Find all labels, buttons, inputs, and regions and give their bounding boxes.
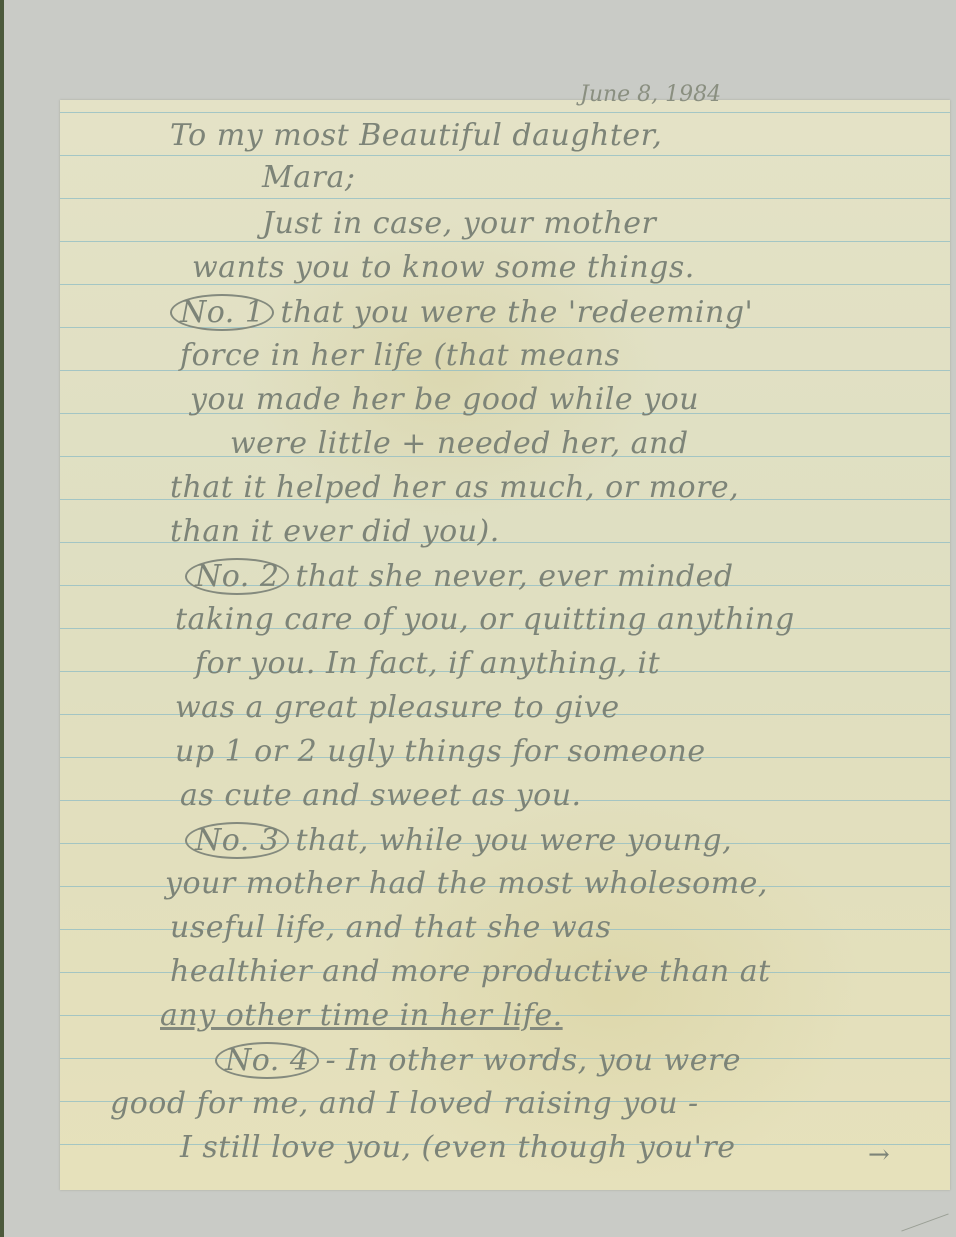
letter-line: you made her be good while you (190, 382, 699, 417)
letter-line: that she never, ever minded (295, 559, 733, 594)
ruled-line (60, 198, 950, 199)
letter-line: up 1 or 2 ugly things for someone (175, 734, 706, 769)
letter-date: June 8, 1984 (580, 82, 721, 107)
letter-line: that it helped her as much, or more, (170, 470, 739, 505)
letter-line: for you. In fact, if anything, it (195, 646, 660, 681)
ruled-line (60, 155, 950, 156)
letter-line: that, while you were young, (295, 823, 732, 858)
item-1: No. 1that you were the 'redeeming' (170, 294, 753, 331)
letter-line: that you were the 'redeeming' (280, 295, 753, 330)
letter-line: I still love you, (even though you're (180, 1130, 735, 1165)
letter-line: than it ever did you). (170, 514, 500, 549)
ruled-line (60, 112, 950, 113)
letter-line: - In other words, you were (325, 1043, 741, 1078)
continuation-arrow-icon: → (868, 1140, 890, 1170)
letter-line: taking care of you, or quitting anything (175, 602, 795, 637)
item-3: No. 3that, while you were young, (185, 822, 732, 859)
item-2: No. 2that she never, ever minded (185, 558, 734, 595)
letter-line: good for me, and I loved raising you - (110, 1086, 699, 1121)
letter-line: was a great pleasure to give (175, 690, 620, 725)
salutation: To my most Beautiful daughter, (170, 118, 662, 153)
item-number-1: No. 1 (170, 294, 274, 331)
item-number-2: No. 2 (185, 558, 289, 595)
item-4: No. 4- In other words, you were (215, 1042, 741, 1079)
recipient-name: Mara; (262, 160, 355, 195)
letter-line: force in her life (that means (180, 338, 620, 373)
item-number-4: No. 4 (215, 1042, 319, 1079)
letter-line: Just in case, your mother (262, 206, 656, 241)
item-number-3: No. 3 (185, 822, 289, 859)
letter-line: your mother had the most wholesome, (165, 866, 768, 901)
ruled-line (60, 241, 950, 242)
letter-line: useful life, and that she was (170, 910, 611, 945)
pencil-mark (901, 1213, 948, 1231)
letter-line: as cute and sweet as you. (180, 778, 582, 813)
letter-line: healthier and more productive than at (170, 954, 771, 989)
scan-edge (0, 0, 4, 1237)
letter-line: were little + needed her, and (230, 426, 689, 461)
letter-line: any other time in her life. (160, 998, 563, 1033)
letter-line: wants you to know some things. (192, 250, 695, 285)
